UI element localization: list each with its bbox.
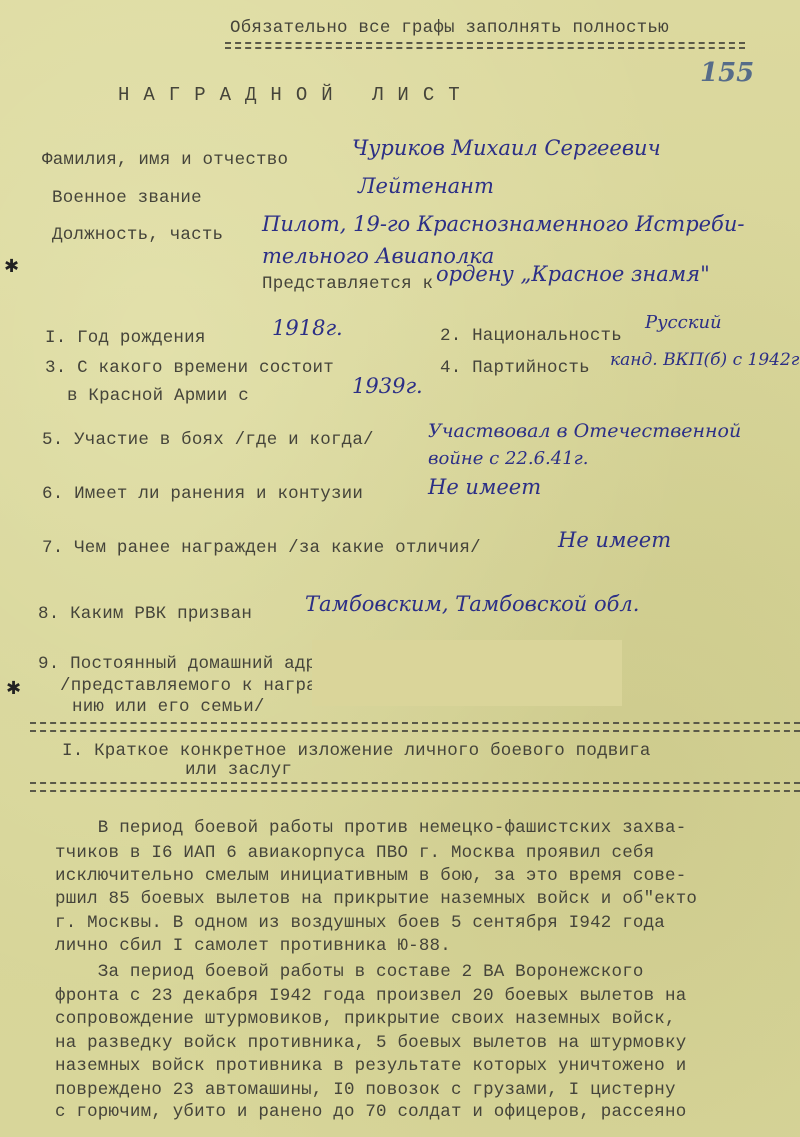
narrative-line: повреждено 23 автомашины, I0 повозок с г… (55, 1080, 676, 1100)
archive-number: 155 (700, 58, 754, 88)
page-title: НАГРАДНОЙ ЛИСТ (118, 84, 474, 106)
nominated-value: ордену „Красное знамя" (436, 262, 710, 286)
rank-label: Военное звание (52, 188, 202, 208)
narrative-line: фронта с 23 декабря I942 года произвел 2… (55, 986, 686, 1006)
notice-underline (225, 42, 745, 49)
narrative-line: наземных войск противника в результате к… (55, 1056, 686, 1076)
position-label: Должность, часть (52, 225, 223, 245)
item8-value: Тамбовским, Тамбовской обл. (305, 592, 639, 616)
item9-label-line1: 9. Постоянный домашний адрес: (38, 654, 348, 674)
item2-value: Русский (645, 312, 722, 333)
section-divider-bottom (30, 782, 800, 792)
narrative-line: на разведку войск противника, 5 боевых в… (55, 1033, 686, 1053)
item3-label-line1: 3. С какого времени состоит (45, 358, 334, 378)
fio-value: Чуриков Михаил Сергеевич (352, 136, 661, 160)
margin-mark-icon: ✱ (6, 678, 21, 699)
item9-label-line3: нию или его семьи/ (72, 697, 265, 717)
item5-value-line1: Участвовал в Отечественной (428, 420, 741, 442)
item2-label: 2. Национальность (440, 326, 622, 346)
narrative-line: исключительно смелым инициативным в бою,… (55, 866, 686, 886)
item8-label: 8. Каким РВК призван (38, 604, 252, 624)
section-divider-top (30, 722, 800, 732)
section-heading-line2: или заслуг (185, 760, 292, 780)
rank-value: Лейтенант (358, 174, 494, 198)
item5-label: 5. Участие в боях /где и когда/ (42, 430, 374, 450)
narrative-line: ршил 85 боевых вылетов на прикрытие назе… (55, 889, 697, 909)
position-value-line1: Пилот, 19-го Краснознаменного Истреби- (262, 212, 745, 236)
narrative-line: г. Москвы. В одном из воздушных боев 5 с… (55, 913, 665, 933)
item7-label: 7. Чем ранее награжден /за какие отличия… (42, 538, 481, 558)
item3-label-line2: в Красной Армии с (67, 386, 249, 406)
item4-label: 4. Партийность (440, 358, 590, 378)
narrative-line: с горючим, убито и ранено до 70 солдат и… (55, 1102, 686, 1122)
item1-label: I. Год рождения (45, 328, 206, 348)
item5-value-line2: войне с 22.6.41г. (428, 448, 588, 469)
narrative-line: тчиков в I6 ИАП 6 авиакорпуса ПВО г. Мос… (55, 843, 654, 863)
section-heading-line1: I. Краткое конкретное изложение личного … (62, 741, 651, 761)
fio-label: Фамилия, имя и отчество (42, 150, 288, 170)
nominated-label: Представляется к (262, 274, 433, 294)
fill-notice: Обязательно все графы заполнять полность… (230, 18, 669, 38)
margin-mark-icon: ✱ (4, 256, 19, 277)
redacted-address (312, 640, 622, 706)
item1-value: 1918г. (272, 316, 343, 340)
item6-label: 6. Имеет ли ранения и контузии (42, 484, 363, 504)
narrative-line: В период боевой работы против немецко-фа… (55, 818, 686, 838)
narrative-line: За период боевой работы в составе 2 ВА В… (55, 962, 644, 982)
item4-value: канд. ВКП(б) с 1942г. (610, 350, 800, 370)
narrative-line: сопровождение штурмовиков, прикрытие сво… (55, 1009, 676, 1029)
item6-value: Не имеет (428, 475, 541, 499)
item3-value: 1939г. (352, 374, 423, 398)
narrative-line: лично сбил I самолет противника Ю-88. (55, 936, 451, 956)
item7-value: Не имеет (558, 528, 671, 552)
